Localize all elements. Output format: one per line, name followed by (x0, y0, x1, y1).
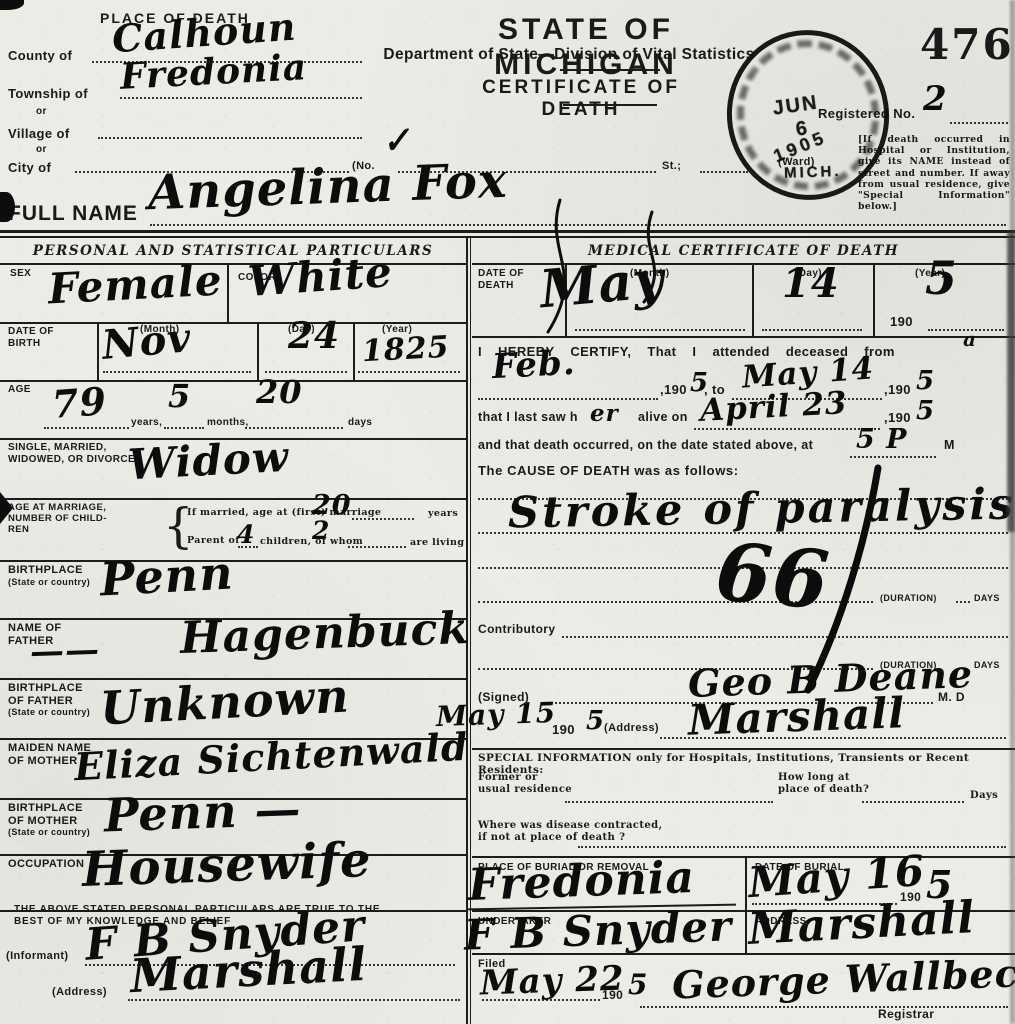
marriage-line (352, 518, 414, 520)
father-birthplace-value: Unknown (99, 675, 350, 729)
her-value: er (590, 404, 619, 425)
death-certificate-document: PLACE OF DEATH County of Calhoun Townshi… (0, 0, 1015, 1024)
birthplace-label: BIRTHPLACE (8, 564, 83, 577)
undertaker-address-value: Marshall (747, 898, 976, 949)
double-rule (0, 230, 1015, 233)
registrar-label: Registrar (878, 1007, 934, 1021)
rule (472, 748, 1015, 750)
birth-day-value: 24 (288, 320, 340, 352)
rule (0, 498, 466, 500)
cell-line (762, 329, 862, 331)
disease-contracted-label: Where was disease contracted, if not at … (478, 820, 662, 844)
age-months-unit: months, (207, 417, 249, 429)
overlay-number: 66 (713, 535, 832, 617)
marital-status-label: SINGLE, MARRIED, WIDOWED, OR DIVORCED (8, 442, 143, 466)
registered-no-line (950, 122, 1008, 124)
informant-address-value: Marshall (129, 944, 368, 998)
certify-line (850, 456, 936, 458)
duration-days-label: DAYS (974, 593, 1000, 604)
burial-place-value: Fredonia (467, 858, 695, 905)
sex-label: SEX (10, 268, 31, 280)
township-label: Township of (8, 86, 88, 101)
cause-of-death-prompt: The CAUSE OF DEATH was as follows: (478, 463, 739, 478)
year-printed: ,190 (884, 382, 911, 397)
color-value: White (247, 253, 394, 301)
personal-section-title: PERSONAL AND STATISTICAL PARTICULARS (0, 244, 466, 260)
registered-no-value: 2 (923, 84, 948, 115)
rule (472, 336, 1015, 338)
street-label: St.; (662, 160, 681, 173)
ward-line (700, 171, 748, 173)
mother-birthplace-label: BIRTHPLACE OF MOTHER (8, 802, 83, 828)
death-year-value: 5 (925, 258, 958, 299)
birth-year-value: 1825 (361, 334, 450, 366)
children-living-label: are living (410, 537, 464, 548)
cell-line (103, 371, 251, 373)
street-no-checkmark: ✓ (380, 124, 413, 158)
meridiem-label: M (944, 438, 955, 453)
last-seen-year: 5 (916, 400, 935, 423)
children-living-value: 2 (312, 520, 330, 543)
age-line (164, 427, 204, 429)
informant-label: (Informant) (6, 950, 68, 963)
age-months-value: 5 (168, 382, 191, 411)
cell-divider (257, 322, 259, 380)
double-rule (0, 236, 1015, 238)
last-saw-prefix: that I last saw h (478, 410, 578, 425)
village-line (98, 137, 362, 139)
contributory-line (562, 636, 1008, 638)
age-line (44, 427, 129, 429)
age-years-value: 79 (51, 384, 108, 422)
age-days-unit: days (348, 417, 372, 429)
death-day-value: 14 (782, 266, 840, 302)
cause-of-death-value: Stroke of paralysis (508, 486, 1015, 534)
filed-year-value: 5 (628, 972, 648, 997)
age-days-value: 20 (256, 378, 303, 407)
marriage-years-unit: years (428, 508, 458, 519)
occupation-label: OCCUPATION (8, 858, 84, 871)
signed-address-label: (Address) (604, 722, 659, 735)
signed-date-value: May 15 (436, 700, 557, 729)
death-time-value: 5 P (856, 428, 908, 452)
dept-subtitle: Department of State—Division of Vital St… (368, 46, 770, 64)
father-name-dash: —— (29, 635, 100, 668)
full-name-value: Angelina Fox (147, 160, 508, 216)
county-label: County of (8, 48, 72, 63)
registrar-signature: George Wallbeck (672, 955, 1015, 1002)
certificate-number: 476 (920, 20, 1014, 70)
marital-status-value: Widow (127, 438, 290, 484)
duration-label: (DURATION) (880, 593, 937, 604)
attended-from-value: Feb. (491, 348, 576, 383)
cell-line (575, 329, 745, 331)
stamp-state: MICH. (784, 163, 842, 182)
marriage-age-value: 20 (312, 494, 352, 518)
age-years-unit: years, (131, 417, 162, 429)
duration-days-label: DAYS (974, 660, 1000, 671)
date-of-birth-label: DATE OF BIRTH (8, 326, 54, 350)
former-residence-label: Former or usual residence (478, 772, 572, 796)
children-total-value: 4 (237, 524, 255, 547)
scan-artifact (0, 0, 24, 10)
birthplace-value: Penn (99, 553, 234, 601)
year-printed: ,190 (660, 382, 687, 397)
father-name-value: Hagenbuck (179, 609, 470, 659)
disease-contracted-line (578, 846, 1006, 848)
birth-month-value: Nov (101, 320, 193, 364)
death-occurred-line: and that death occurred, on the date sta… (478, 438, 813, 453)
scan-artifact (1010, 0, 1015, 1024)
marriage-label: AGE AT MARRIAGE, NUMBER OF CHILD- REN (8, 502, 107, 536)
signed-date-year: 5 (586, 710, 605, 733)
stray-letter-a: a (963, 330, 977, 348)
special-days-label: Days (970, 790, 998, 802)
village-label: Village of (8, 126, 70, 141)
signed-address-value: Marshall (687, 694, 905, 739)
cell-divider (353, 322, 355, 380)
cell-line (358, 371, 460, 373)
state-or-country-label: (State or country) (8, 577, 90, 588)
duration-line (956, 601, 970, 603)
township-line (120, 97, 362, 99)
undertaker-value: F B Snyder (463, 907, 732, 954)
full-name-label: FULL NAME (8, 202, 138, 227)
contributory-label: Contributory (478, 622, 555, 636)
death-year-printed: 190 (890, 314, 913, 329)
date-of-death-label: DATE OF DEATH (478, 268, 524, 292)
occupation-value: Housewife (81, 839, 372, 892)
state-or-country-label: (State or country) (8, 827, 90, 838)
cell-divider (752, 263, 754, 336)
cell-divider (97, 322, 99, 380)
how-long-line (862, 801, 964, 803)
sex-value: Female (47, 261, 223, 308)
township-value: Fredonia (119, 51, 308, 93)
age-line (245, 427, 343, 429)
death-month-value: May (538, 257, 666, 314)
informant-address-label: (Address) (52, 986, 107, 999)
attended-to-year: 5 (916, 370, 935, 393)
or-label: or (36, 144, 47, 156)
or-label: or (36, 106, 47, 118)
full-name-line (150, 224, 1006, 226)
cell-divider (873, 263, 875, 336)
father-birthplace-label: BIRTHPLACE OF FATHER (8, 682, 83, 708)
former-residence-line (565, 801, 773, 803)
certificate-title: CERTIFICATE OF DEATH (445, 77, 717, 122)
cell-divider (227, 263, 229, 322)
age-label: AGE (8, 384, 31, 396)
burial-date-value: May 16 (747, 852, 926, 902)
certify-line (694, 428, 880, 430)
certify-line (478, 398, 658, 400)
mother-birthplace-value: Penn — (103, 789, 302, 837)
state-or-country-label: (State or country) (8, 707, 90, 718)
city-label: City of (8, 160, 51, 175)
last-seen-value: April 23 (699, 390, 848, 426)
how-long-label: How long at place of death? (778, 772, 869, 796)
marriage-age-label: If married, age at (first) marriage (187, 507, 381, 518)
filed-date-value: May 22 (480, 963, 626, 999)
alive-on-label: alive on (638, 410, 688, 425)
